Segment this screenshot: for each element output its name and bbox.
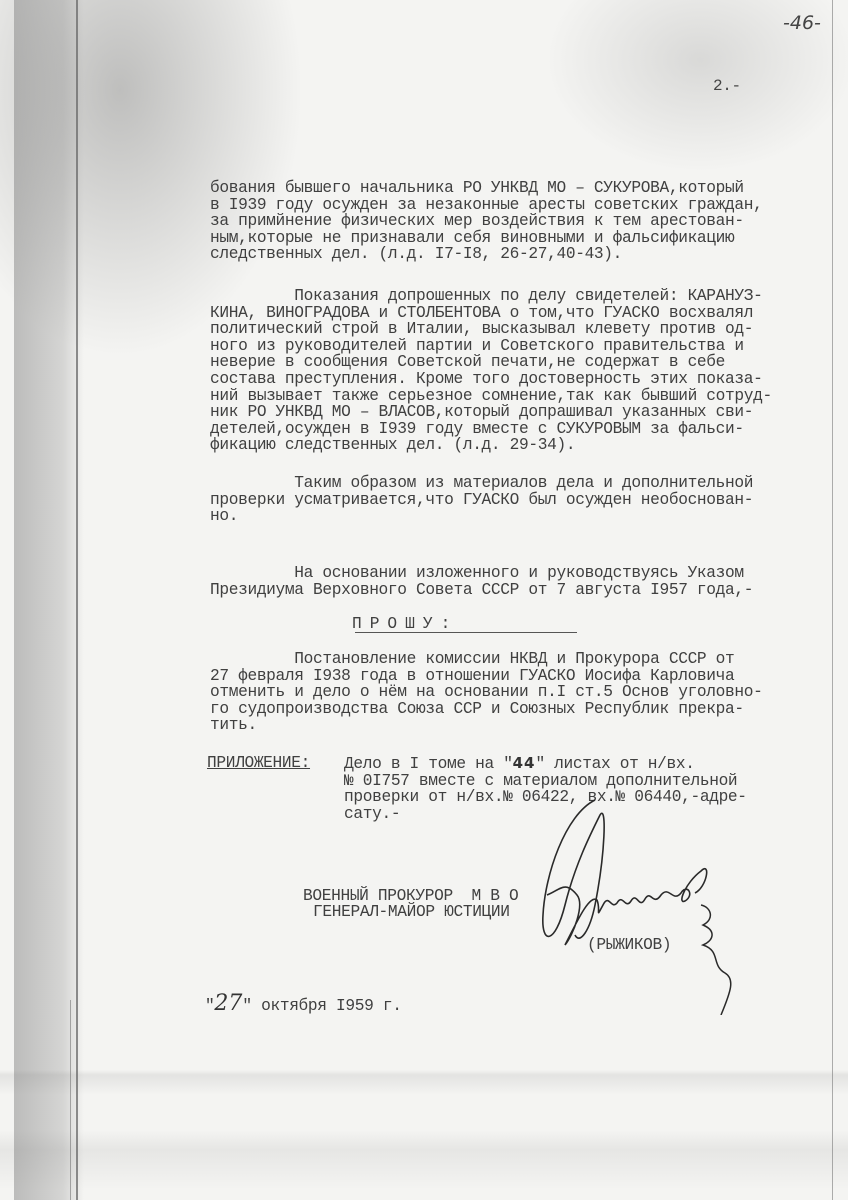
page-number: 2.- (713, 78, 741, 95)
paragraph-legal-basis: На основании изложенного и руководствуяс… (210, 565, 753, 598)
page-edge-line (832, 0, 833, 1200)
paragraph-resolution: Постановление комиссии НКВД и Прокурора … (210, 651, 762, 734)
date-rest: " октября I959 г. (242, 997, 401, 1015)
handwritten-date-day: 27 (214, 991, 242, 1016)
appendix-line1-suffix: " листах от н/вх. (535, 755, 694, 773)
scan-shadow (14, 0, 84, 1200)
request-heading: ПРОШУ: (352, 616, 458, 633)
document-date: "27" октября I959 г. (205, 996, 402, 1015)
date-open-quote: " (205, 997, 214, 1015)
document-page: -46- 2.- бования бывшего начальника РО У… (0, 0, 848, 1200)
binding-edge-line (76, 0, 78, 1200)
appendix-label: ПРИЛОЖЕНИЕ: (207, 755, 310, 772)
paragraph-conclusion: Таким образом из материалов дела и допол… (210, 475, 753, 525)
appendix-line1-prefix: Дело в I томе на " (344, 755, 513, 773)
page-edge-line-lower (70, 1000, 71, 1200)
paragraph-sukurov: бования бывшего начальника РО УНКВД МО –… (210, 180, 762, 263)
request-heading-underline (355, 632, 577, 633)
paragraph-witness-testimony: Показания допрошенных по делу свидетелей… (210, 288, 772, 454)
archive-page-number: -46- (783, 12, 821, 34)
handwritten-signature-icon (535, 795, 765, 1015)
signer-title-line2: ГЕНЕРАЛ-МАЙОР ЮСТИЦИИ (313, 904, 510, 921)
handwritten-page-count: 44 (513, 754, 536, 772)
